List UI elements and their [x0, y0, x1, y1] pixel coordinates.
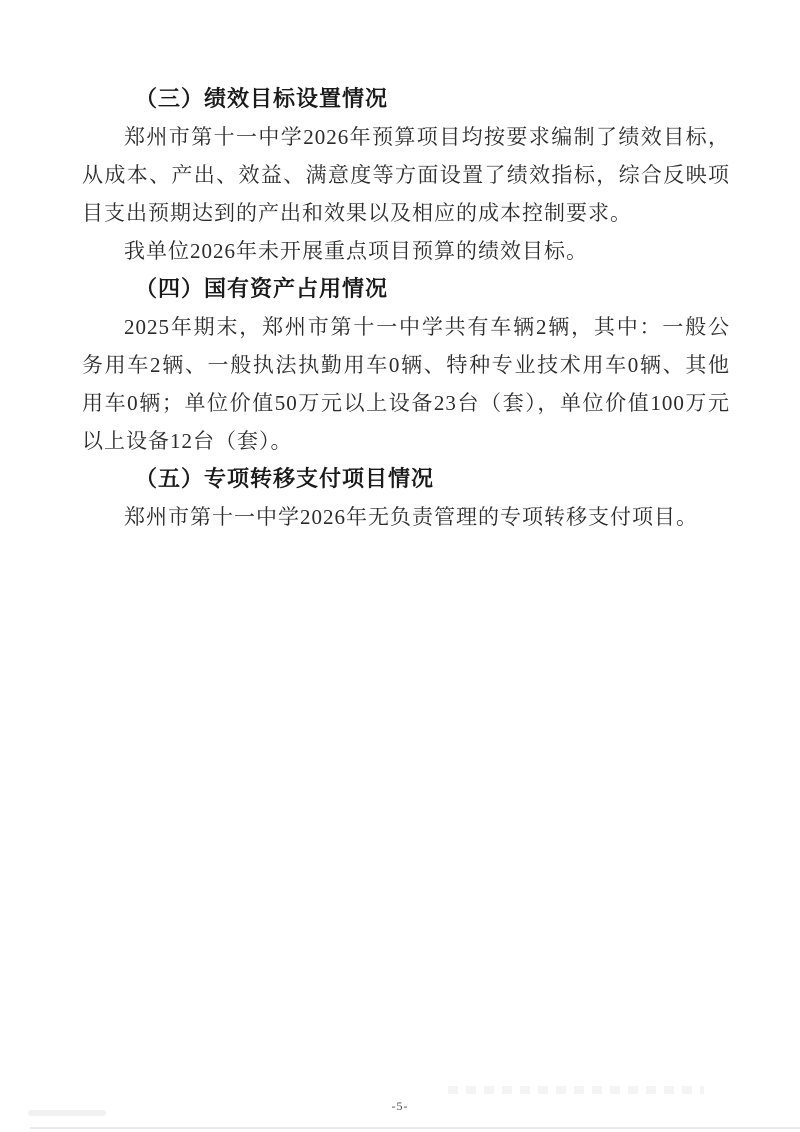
document-page: （三）绩效目标设置情况 郑州市第十一中学2026年预算项目均按要求编制了绩效目标… [0, 0, 800, 1132]
document-body: （三）绩效目标设置情况 郑州市第十一中学2026年预算项目均按要求编制了绩效目标… [82, 80, 730, 536]
paragraph-state-assets: 2025年期末，郑州市第十一中学共有车辆2辆，其中：一般公务用车2辆、一般执法执… [82, 308, 730, 460]
section-heading-state-assets: （四）国有资产占用情况 [82, 270, 730, 308]
paragraph-special-transfer: 郑州市第十一中学2026年无负责管理的专项转移支付项目。 [82, 498, 730, 536]
paragraph-performance-goals-1: 郑州市第十一中学2026年预算项目均按要求编制了绩效目标，从成本、产出、效益、满… [82, 118, 730, 232]
scan-artifact-edge-line [30, 1127, 800, 1129]
paragraph-performance-goals-2: 我单位2026年未开展重点项目预算的绩效目标。 [82, 232, 730, 270]
page-number: -5- [0, 1098, 800, 1114]
section-heading-special-transfer: （五）专项转移支付项目情况 [82, 460, 730, 498]
scan-artifact-dots [448, 1086, 704, 1094]
section-heading-performance-goals: （三）绩效目标设置情况 [82, 80, 730, 118]
